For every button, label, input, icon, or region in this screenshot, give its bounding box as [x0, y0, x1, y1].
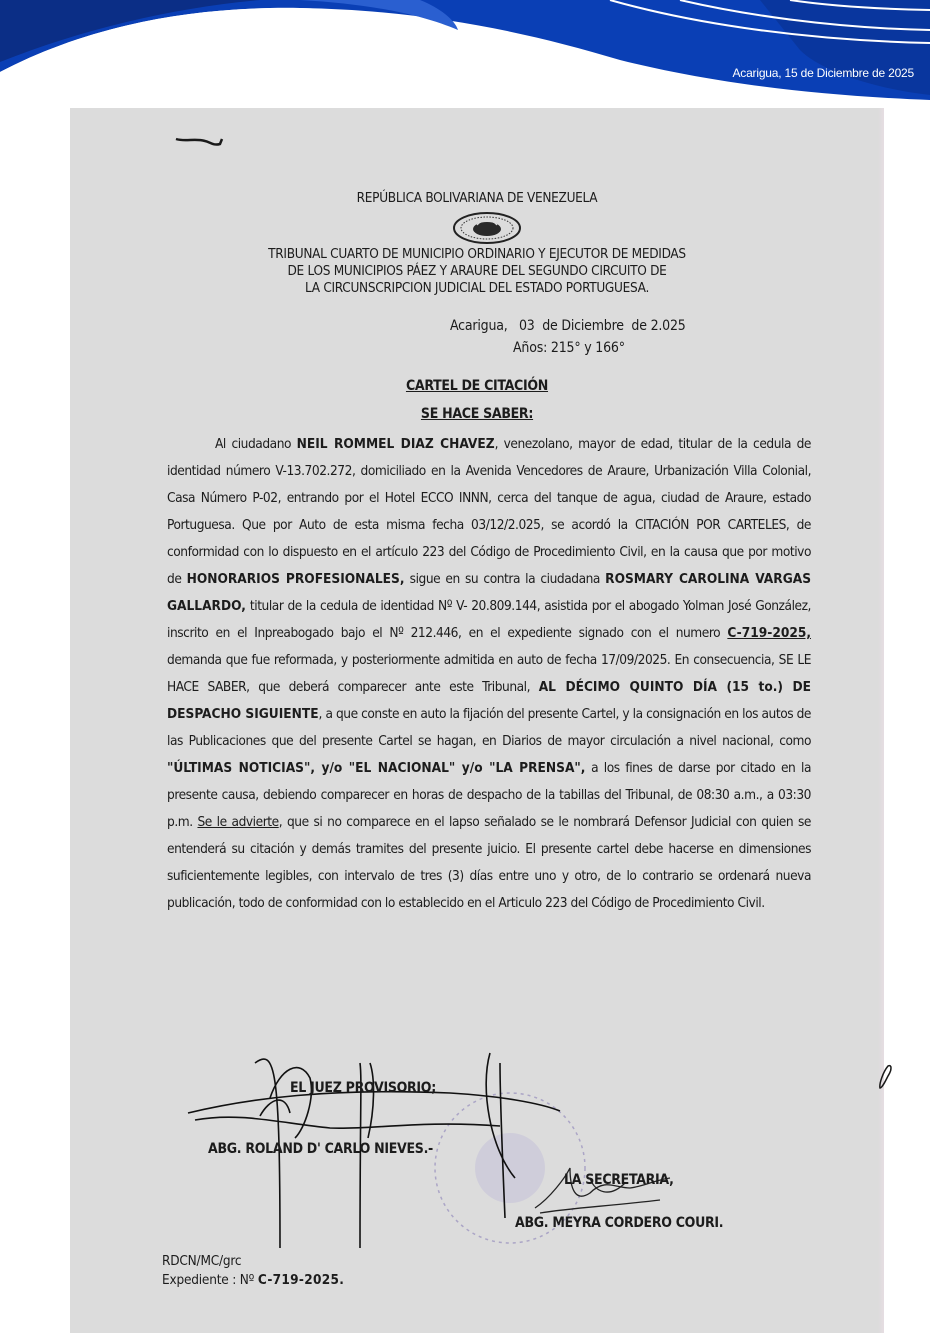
- secretary-role: LA SECRETARIA,: [564, 1172, 674, 1188]
- tribunal-line: DE LOS MUNICIPIOS PÁEZ Y ARAURE DEL SEGU…: [70, 263, 884, 280]
- place-date: Acarigua, 03 de Diciembre de 2.025: [450, 318, 686, 334]
- document-title: CARTEL DE CITACIÓN: [70, 378, 884, 394]
- citation-document: REPÚBLICA BOLIVARIANA DE VENEZUELA TRIBU…: [70, 108, 884, 1333]
- document-subtitle: SE HACE SABER:: [70, 406, 884, 422]
- header-date: Acarigua, 15 de Diciembre de 2025: [732, 66, 914, 80]
- expediente-line: Expediente : Nº C-719-2025.: [162, 1272, 344, 1288]
- scanned-document: REPÚBLICA BOLIVARIANA DE VENEZUELA TRIBU…: [70, 108, 884, 1333]
- reference-initials: RDCN/MC/grc: [162, 1253, 241, 1269]
- newspapers: "ÚLTIMAS NOTICIAS", y/o "EL NACIONAL" y/…: [167, 760, 585, 776]
- warning-label: Se le advierte: [197, 814, 278, 830]
- header-wave-banner: [0, 0, 930, 110]
- tribunal-line: LA CIRCUNSCRIPCION JUDICIAL DEL ESTADO P…: [70, 280, 884, 297]
- tribunal-heading: TRIBUNAL CUARTO DE MUNICIPIO ORDINARIO Y…: [70, 246, 884, 297]
- coat-of-arms-seal-icon: [452, 211, 522, 245]
- case-reason: HONORARIOS PROFESIONALES,: [187, 571, 405, 587]
- judge-role: EL JUEZ PROVISORIO;: [290, 1080, 436, 1096]
- pen-stroke-icon: [870, 1062, 896, 1092]
- case-number: C-719-2025,: [727, 625, 811, 641]
- years-line: Años: 215° y 166°: [513, 340, 625, 356]
- secretary-name: ABG. MEYRA CORDERO COURI.: [515, 1215, 723, 1231]
- republic-heading: REPÚBLICA BOLIVARIANA DE VENEZUELA: [70, 190, 884, 206]
- tribunal-line: TRIBUNAL CUARTO DE MUNICIPIO ORDINARIO Y…: [70, 246, 884, 263]
- expediente-number: C-719-2025.: [258, 1272, 344, 1288]
- judge-name: ABG. ROLAND D' CARLO NIEVES.-: [208, 1141, 433, 1157]
- defendant-name: NEIL ROMMEL DIAZ CHAVEZ: [297, 436, 495, 452]
- citation-body: Al ciudadano NEIL ROMMEL DIAZ CHAVEZ, ve…: [167, 431, 811, 917]
